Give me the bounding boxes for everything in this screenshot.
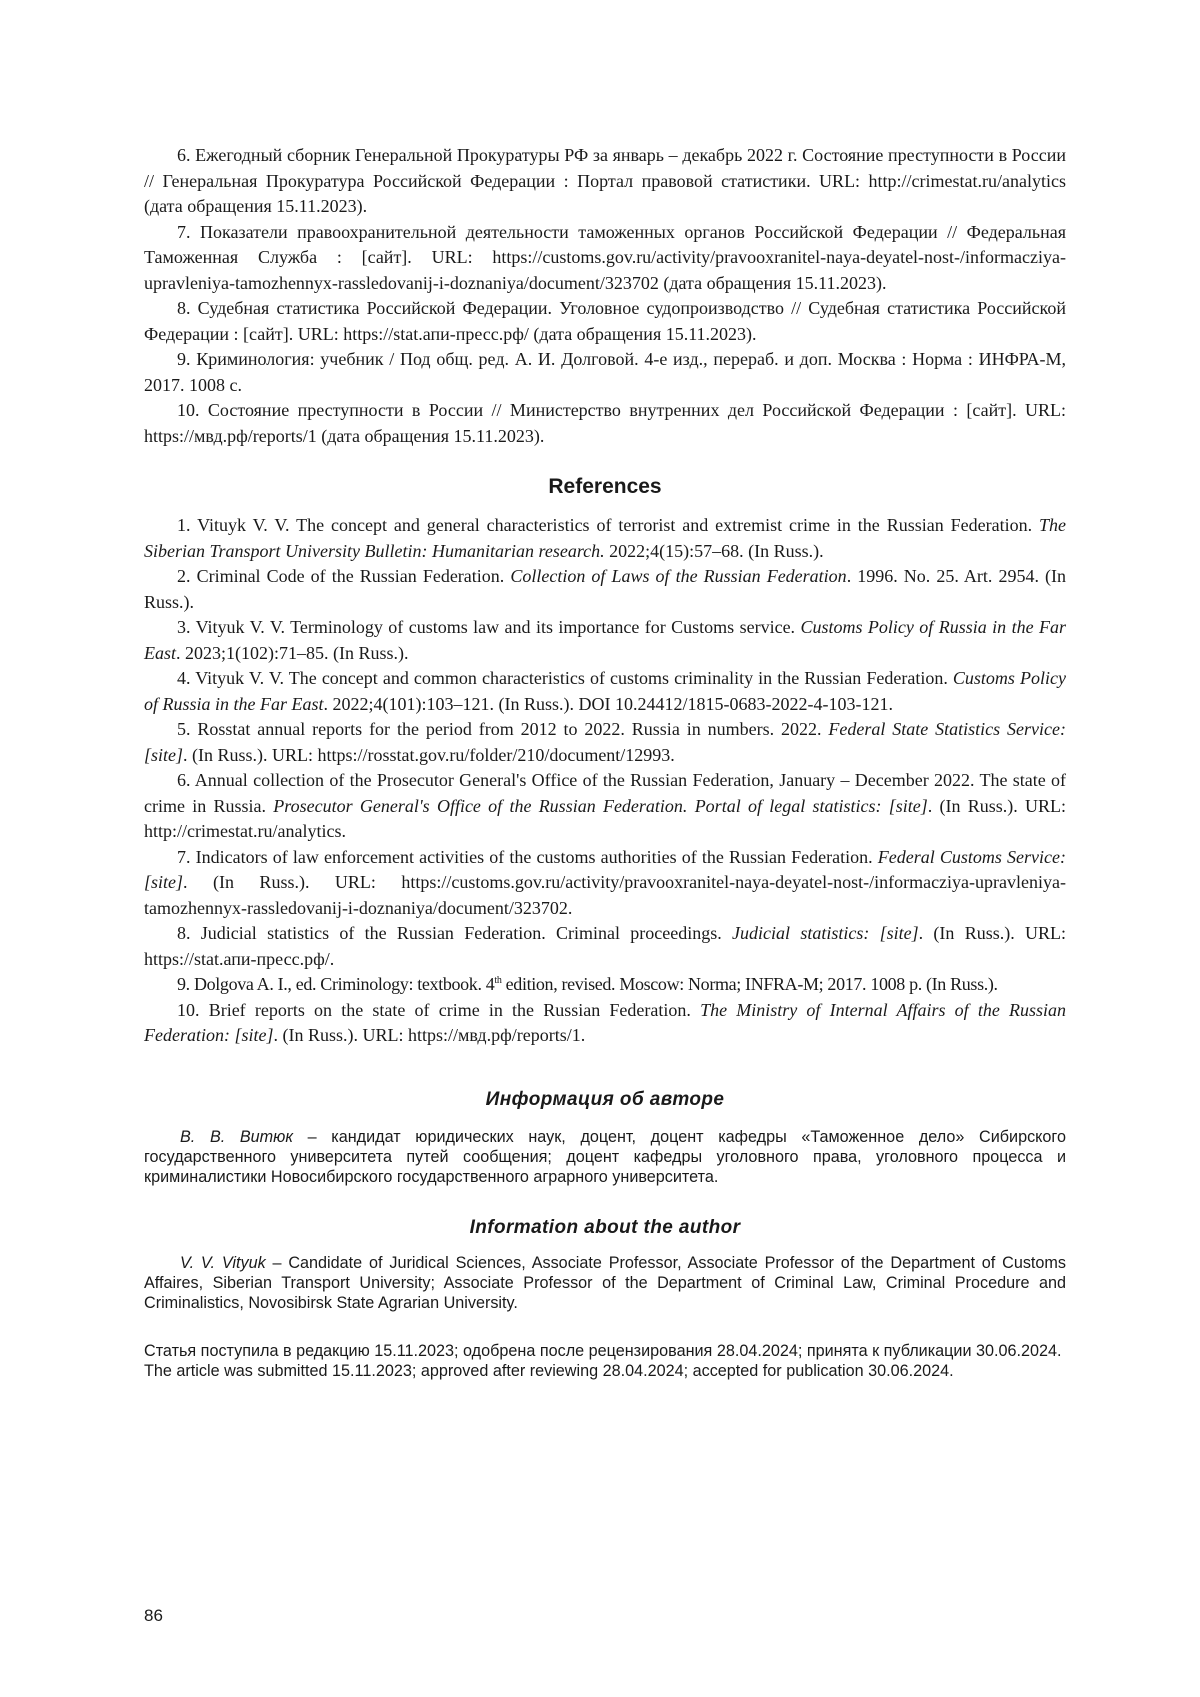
references-list: 1. Vituyk V. V. The concept and general … (144, 513, 1066, 1049)
reference-item: 9. Dolgova A. I., ed. Criminology: textb… (144, 972, 1066, 998)
bib-item: 10. Состояние преступности в России // М… (144, 398, 1066, 449)
reference-item: 5. Rosstat annual reports for the period… (144, 717, 1066, 768)
author-info-heading-en: Information about the author (144, 1217, 1066, 1239)
author-name-ru: В. В. Витюк (180, 1128, 293, 1146)
article-dates: Статья поступила в редакцию 15.11.2023; … (144, 1341, 1066, 1381)
reference-item: 10. Brief reports on the state of crime … (144, 998, 1066, 1049)
bib-item: 9. Криминология: учебник / Под общ. ред.… (144, 347, 1066, 398)
bib-item: 8. Судебная статистика Российской Федера… (144, 296, 1066, 347)
reference-item: 8. Judicial statistics of the Russian Fe… (144, 921, 1066, 972)
reference-item: 4. Vityuk V. V. The concept and common c… (144, 666, 1066, 717)
author-info-heading-ru: Информация об авторе (144, 1089, 1066, 1111)
reference-item: 6. Annual collection of the Prosecutor G… (144, 768, 1066, 845)
author-name-en: V. V. Vityuk (180, 1254, 266, 1272)
reference-item: 2. Criminal Code of the Russian Federati… (144, 564, 1066, 615)
references-heading: References (144, 475, 1066, 499)
author-info-ru: В. В. Витюк – кандидат юридических наук,… (144, 1127, 1066, 1187)
article-dates-en: The article was submitted 15.11.2023; ap… (144, 1361, 1066, 1381)
page-number: 86 (144, 1606, 163, 1626)
reference-item: 1. Vituyk V. V. The concept and general … (144, 513, 1066, 564)
page-content: 6. Ежегодный сборник Генеральной Прокура… (144, 143, 1066, 1381)
bib-item: 7. Показатели правоохранительной деятель… (144, 220, 1066, 297)
reference-item: 7. Indicators of law enforcement activit… (144, 845, 1066, 922)
reference-item: 3. Vityuk V. V. Terminology of customs l… (144, 615, 1066, 666)
russian-bibliography: 6. Ежегодный сборник Генеральной Прокура… (144, 143, 1066, 449)
author-info-en: V. V. Vityuk – Candidate of Juridical Sc… (144, 1253, 1066, 1313)
article-dates-ru: Статья поступила в редакцию 15.11.2023; … (144, 1341, 1066, 1361)
bib-item: 6. Ежегодный сборник Генеральной Прокура… (144, 143, 1066, 220)
